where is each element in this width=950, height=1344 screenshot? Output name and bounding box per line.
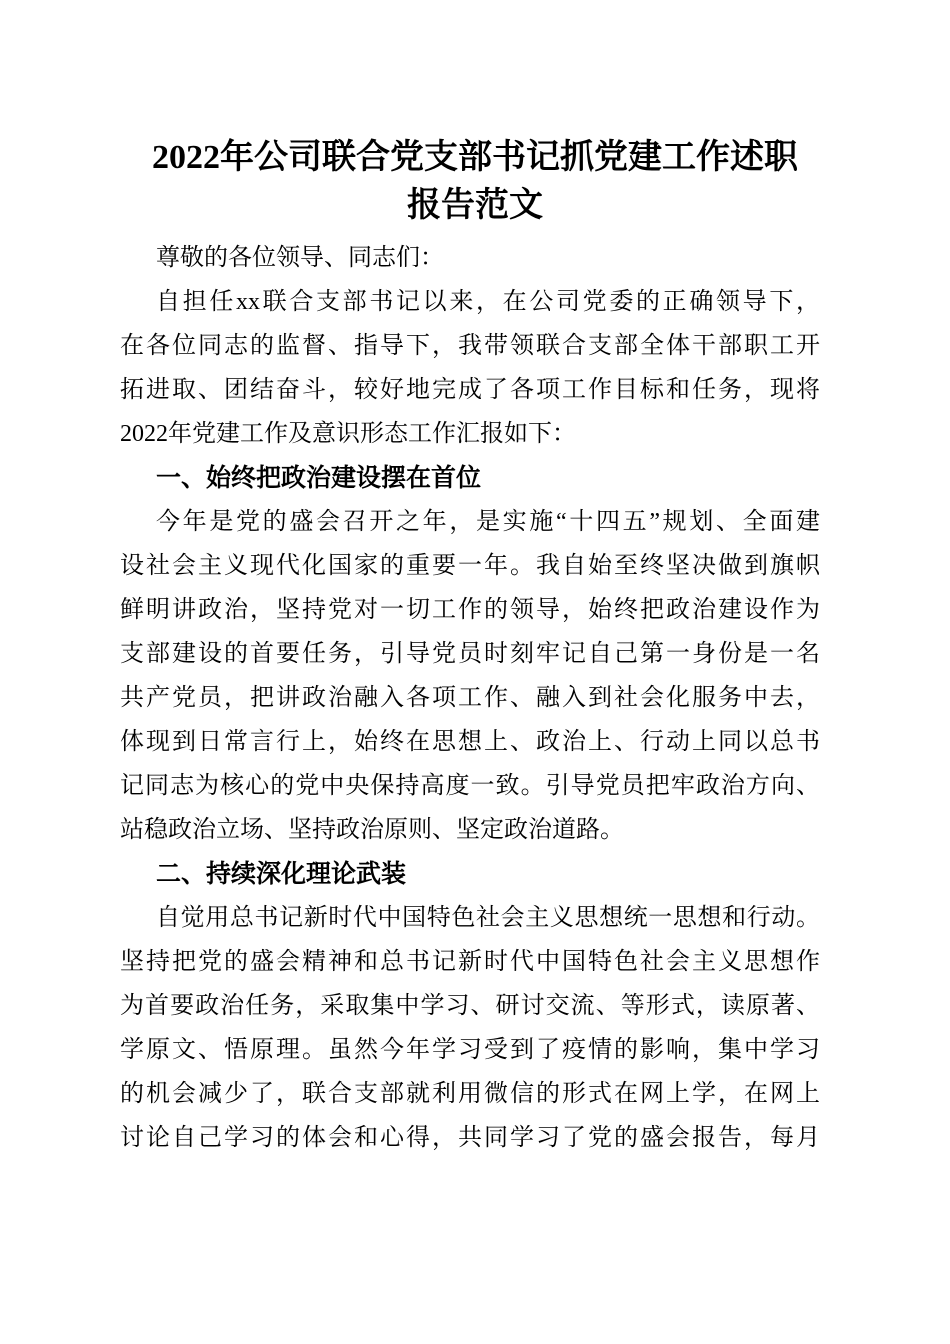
section1-line-5: 共产党员，把讲政治融入各项工作、融入到社会化服务中去， [120,676,820,720]
document-body: 尊敬的各位领导、同志们： 自担任xx联合支部书记以来，在公司党委的正确领导下， … [120,236,820,1160]
document-title-line-1: 2022年公司联合党支部书记抓党建工作述职 [0,134,950,182]
section1-line-3: 鲜明讲政治，坚持党对一切工作的领导，始终把政治建设作为 [120,588,820,632]
section2-line-4: 学原文、悟原理。虽然今年学习受到了疫情的影响，集中学习 [120,1028,820,1072]
section2-line-5: 的机会减少了，联合支部就利用微信的形式在网上学，在网上 [120,1072,820,1116]
section2-line-2: 坚持把党的盛会精神和总书记新时代中国特色社会主义思想作 [120,940,820,984]
intro-line-1: 自担任xx联合支部书记以来，在公司党委的正确领导下， [120,280,820,324]
section-heading-2: 二、持续深化理论武装 [120,852,820,896]
section-heading-1: 一、始终把政治建设摆在首位 [120,456,820,500]
section2-line-3: 为首要政治任务，采取集中学习、研讨交流、等形式，读原著、 [120,984,820,1028]
paragraph-section-1: 今年是党的盛会召开之年，是实施“十四五”规划、全面建 设社会主义现代化国家的重要… [120,500,820,852]
section1-line-7: 记同志为核心的党中央保持高度一致。引导党员把牢政治方向、 [120,764,820,808]
document-page: 2022年公司联合党支部书记抓党建工作述职 报告范文 尊敬的各位领导、同志们： … [0,0,950,1344]
paragraph-section-2: 自觉用总书记新时代中国特色社会主义思想统一思想和行动。 坚持把党的盛会精神和总书… [120,896,820,1160]
section2-line-6: 讨论自己学习的体会和心得，共同学习了党的盛会报告，每月 [120,1116,820,1160]
section1-line-8: 站稳政治立场、坚持政治原则、坚定政治道路。 [120,808,820,852]
salutation-line: 尊敬的各位领导、同志们： [120,236,820,280]
document-title-line-2: 报告范文 [0,182,950,230]
intro-line-4: 2022年党建工作及意识形态工作汇报如下： [120,412,820,456]
section1-line-4: 支部建设的首要任务，引导党员时刻牢记自己第一身份是一名 [120,632,820,676]
section1-line-2: 设社会主义现代化国家的重要一年。我自始至终坚决做到旗帜 [120,544,820,588]
intro-line-3: 拓进取、团结奋斗，较好地完成了各项工作目标和任务，现将 [120,368,820,412]
intro-line-2: 在各位同志的监督、指导下，我带领联合支部全体干部职工开 [120,324,820,368]
section1-line-6: 体现到日常言行上，始终在思想上、政治上、行动上同以总书 [120,720,820,764]
document-title: 2022年公司联合党支部书记抓党建工作述职 报告范文 [0,0,950,230]
section2-line-1: 自觉用总书记新时代中国特色社会主义思想统一思想和行动。 [120,896,820,940]
paragraph-intro: 自担任xx联合支部书记以来，在公司党委的正确领导下， 在各位同志的监督、指导下，… [120,280,820,456]
section1-line-1: 今年是党的盛会召开之年，是实施“十四五”规划、全面建 [120,500,820,544]
